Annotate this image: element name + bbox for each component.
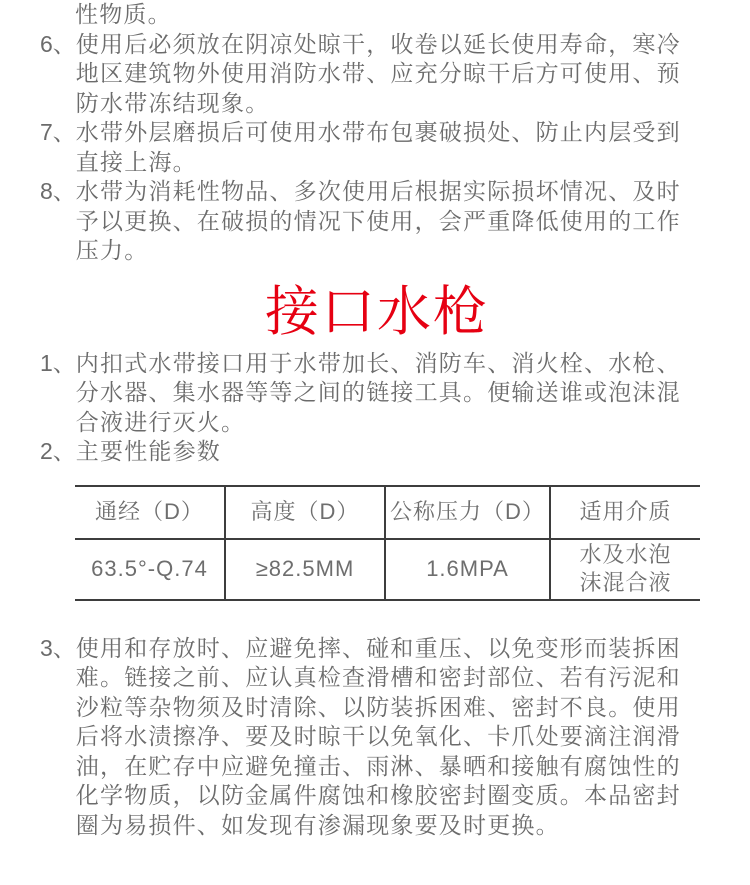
nozzle-description-list: 1、 内扣式水带接口用于水带加长、消防车、消火栓、水枪、 分水器、集水器等等之间… [40, 349, 714, 467]
list-item-6: 6、 使用后必须放在阴凉处晾干，收卷以延长使用寿命，寒冷 地区建筑物外使用消防水… [40, 30, 714, 119]
item-number: 3、 [40, 634, 76, 841]
item-text: 使用后必须放在阴凉处晾干，收卷以延长使用寿命，寒冷 地区建筑物外使用消防水带、应… [76, 30, 714, 119]
spec-table-header: 公称压力（D） [385, 486, 550, 539]
item-number: 8、 [40, 177, 76, 266]
spec-table-cell-height: ≥82.5MM [225, 539, 385, 600]
item-text: 主要性能参数 [76, 437, 714, 467]
item-number: 1、 [40, 349, 76, 438]
hose-usage-list: 6、 使用后必须放在阴凉处晾干，收卷以延长使用寿命，寒冷 地区建筑物外使用消防水… [40, 30, 714, 266]
list-item-8: 8、 水带为消耗性物品、多次使用后根据实际损坏情况、及时 予以更换、在破损的情况… [40, 177, 714, 266]
item-number: 2、 [40, 437, 76, 467]
spec-table-header: 高度（D） [225, 486, 385, 539]
storage-usage-list: 3、 使用和存放时、应避免摔、碰和重压、以免变形而装拆困 难。链接之前、应认真检… [40, 634, 714, 841]
item-number: 7、 [40, 118, 76, 177]
page-content: 性物质。 6、 使用后必须放在阴凉处晾干，收卷以延长使用寿命，寒冷 地区建筑物外… [0, 0, 750, 840]
spec-table-cell-diameter: 63.5°-Q.74 [75, 539, 225, 600]
spec-table-cell-pressure: 1.6MPA [385, 539, 550, 600]
paragraph-fragment: 性物质。 [75, 0, 714, 30]
item-text: 使用和存放时、应避免摔、碰和重压、以免变形而装拆困 难。链接之前、应认真检查滑槽… [76, 634, 714, 841]
item-text: 水带为消耗性物品、多次使用后根据实际损坏情况、及时 予以更换、在破损的情况下使用… [76, 177, 714, 266]
item-text: 水带外层磨损后可使用水带布包裹破损处、防止内层受到 直接上海。 [76, 118, 714, 177]
spec-table-cell-medium: 水及水泡 沫混合液 [550, 539, 700, 600]
spec-table-header: 适用介质 [550, 486, 700, 539]
list-item-2: 2、 主要性能参数 [40, 437, 714, 467]
list-item-1: 1、 内扣式水带接口用于水带加长、消防车、消火栓、水枪、 分水器、集水器等等之间… [40, 349, 714, 438]
spec-table: 通经（D） 高度（D） 公称压力（D） 适用介质 63.5°-Q.74 ≥82.… [75, 485, 700, 601]
spec-table-header: 通经（D） [75, 486, 225, 539]
list-item-7: 7、 水带外层磨损后可使用水带布包裹破损处、防止内层受到 直接上海。 [40, 118, 714, 177]
item-number: 6、 [40, 30, 76, 119]
list-item-3: 3、 使用和存放时、应避免摔、碰和重压、以免变形而装拆困 难。链接之前、应认真检… [40, 634, 714, 841]
spec-table-header-row: 通经（D） 高度（D） 公称压力（D） 适用介质 [75, 486, 700, 539]
spec-table-data-row: 63.5°-Q.74 ≥82.5MM 1.6MPA 水及水泡 沫混合液 [75, 539, 700, 600]
item-text: 内扣式水带接口用于水带加长、消防车、消火栓、水枪、 分水器、集水器等等之间的链接… [76, 349, 714, 438]
section-title: 接口水枪 [40, 281, 714, 343]
product-description-page: 性物质。 6、 使用后必须放在阴凉处晾干，收卷以延长使用寿命，寒冷 地区建筑物外… [0, 0, 750, 885]
